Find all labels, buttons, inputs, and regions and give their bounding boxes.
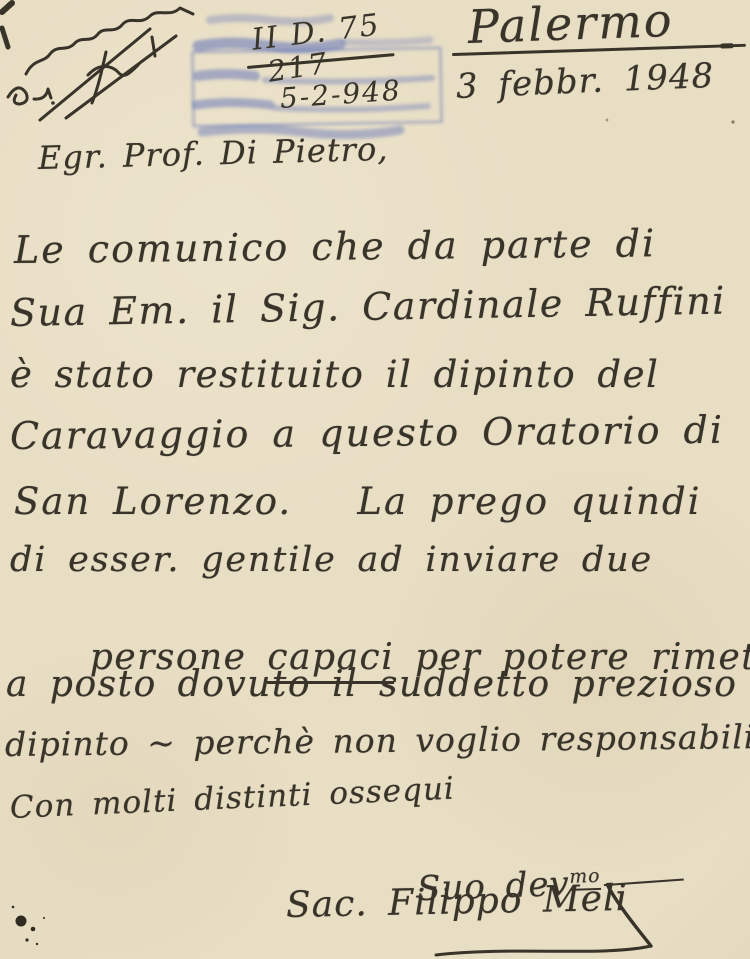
letter-page: II D. 75 217 5-2-948 Palermo 3 febbr. 19…	[0, 0, 750, 959]
ink-blots	[0, 0, 750, 959]
